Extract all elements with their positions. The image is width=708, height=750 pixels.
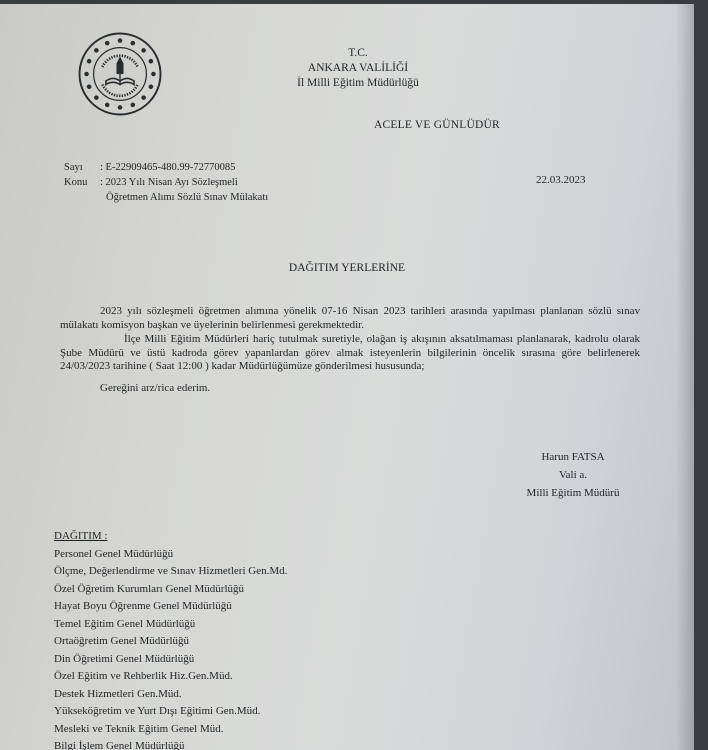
list-item: Destek Hizmetleri Gen.Müd. [54, 686, 287, 704]
list-item: Din Öğretimi Genel Müdürlüğü [54, 651, 287, 669]
body-paragraph-2: İlçe Milli Eğitim Müdürleri hariç tutulm… [60, 333, 640, 374]
list-item: Özel Öğretim Kurumları Genel Müdürlüğü [54, 581, 287, 599]
document-page: T.C. ANKARA VALİLİĞİ İl Milli Eğitim Müd… [0, 4, 694, 750]
body-paragraph-1: 2023 yılı sözleşmeli öğretmen alımına yö… [60, 305, 640, 332]
list-item: Ortaöğretim Genel Müdürlüğü [54, 633, 287, 651]
directorate-label: İl Milli Eğitim Müdürlüğü [258, 76, 458, 91]
letterhead: T.C. ANKARA VALİLİĞİ İl Milli Eğitim Müd… [258, 46, 458, 91]
number-value: : E-22909465-480.99-72770085 [100, 162, 235, 173]
signer-name: Harun FATSA [478, 448, 628, 466]
subject-line-1: : 2023 Yılı Nisan Ayı Sözleşmeli [100, 177, 238, 188]
country-label: T.C. [258, 46, 458, 61]
urgency-label: ACELE VE GÜNLÜDÜR [374, 119, 500, 131]
list-item: Bilgi İşlem Genel Müdürlüğü [54, 738, 287, 750]
list-item: Mesleki ve Teknik Eğitim Genel Müd. [54, 721, 287, 739]
page-edge-shadow [676, 4, 694, 750]
document-date: 22.03.2023 [536, 174, 586, 186]
governorship-label: ANKARA VALİLİĞİ [258, 61, 458, 76]
closing-line: Gereğini arz/rica ederim. [60, 382, 640, 396]
addressee-heading: DAĞITIM YERLERİNE [0, 262, 694, 274]
document-meta: Sayı: E-22909465-480.99-72770085 Konu: 2… [64, 160, 268, 205]
signer-on-behalf: Vali a. [478, 466, 628, 484]
subject-label: Konu [64, 175, 100, 190]
signature-block: Harun FATSA Vali a. Milli Eğitim Müdürü [478, 448, 628, 502]
list-item: Hayat Boyu Öğrenme Genel Müdürlüğü [54, 598, 287, 616]
distribution-list: DAĞITIM : Personel Genel Müdürlüğü Ölçme… [54, 528, 287, 750]
number-label: Sayı [64, 160, 100, 175]
list-item: Temel Eğitim Genel Müdürlüğü [54, 616, 287, 634]
distribution-title: DAĞITIM : [54, 528, 287, 546]
list-item: Personel Genel Müdürlüğü [54, 546, 287, 564]
letter-body: 2023 yılı sözleşmeli öğretmen alımına yö… [60, 305, 640, 396]
list-item: Ölçme, Değerlendirme ve Sınav Hizmetleri… [54, 563, 287, 581]
list-item: Özel Eğitim ve Rehberlik Hiz.Gen.Müd. [54, 668, 287, 686]
signer-title: Milli Eğitim Müdürü [478, 484, 628, 502]
list-item: Yükseköğretim ve Yurt Dışı Eğitimi Gen.M… [54, 703, 287, 721]
subject-line-2: Öğretmen Alımı Sözlü Sınav Mülakatı [64, 190, 268, 205]
meb-seal-icon [76, 30, 164, 118]
